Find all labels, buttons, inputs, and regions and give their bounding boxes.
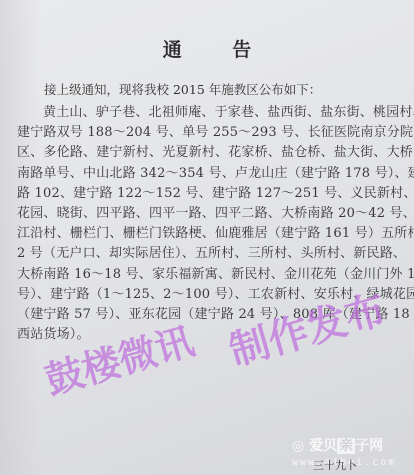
text-line: 号）、建宁路（1～125、2～100 号）、工农新村、安乐村、绿城花园 <box>17 285 402 305</box>
text-line: 建宁路双号 188～204 号、单号 255～293 号、长征医院南京分院家属 <box>17 123 402 143</box>
page-number: 三十九卜 <box>313 457 357 473</box>
text-line: 江沿村、栅栏门、栅栏门铁路梗、仙鹿雅居（建宁路 161 号）五所村 <box>17 224 402 244</box>
text-line: 大桥南路 16～18 号、家乐福新寓、新民村、金川花苑（金川门外 18 <box>17 265 402 285</box>
text-line: 2 号（无户口、却实际居住）、五所村、三所村、头所村、新民路、 <box>17 244 402 264</box>
text-line: 黄土山、驴子巷、北祖师庵、于家巷、盐西街、盐东街、桃园村、 <box>17 103 402 123</box>
notice-document: 通 告 接上级通知，现将我校 2015 年施教区公布如下： 黄土山、驴子巷、北祖… <box>0 0 414 475</box>
document-title: 通 告 <box>0 35 414 62</box>
text-line: 区、多伦路、建宁新村、光夏新村、花家桥、盐仓桥、盐大街、大桥 <box>17 143 402 163</box>
logo-swirl-icon: ◎ <box>292 438 309 454</box>
district-list: 黄土山、驴子巷、北祖师庵、于家巷、盐西街、盐东街、桃园村、 建宁路双号 188～… <box>17 103 402 345</box>
text-line: （建宁路 57 号）、亚东花园（建宁路 24 号）、808 库（建宁路 18 号 <box>17 305 402 325</box>
text-line: 路 102、建宁路 122～152 号、建宁路 127～251 号、义民新村、滨… <box>17 184 402 204</box>
site-logo: ◎ 爱贝亲子网 <box>292 435 383 455</box>
text-line: 南路单号、中山北路 342～354 号、卢龙山庄（建宁路 178 号）、建宁 <box>17 164 402 184</box>
text-line: 西站货场）。 <box>17 325 402 345</box>
text-line: 花园、晓街、四平路、四平一路、四平二路、大桥南路 20～42 号、 <box>17 204 402 224</box>
intro-paragraph: 接上级通知，现将我校 2015 年施教区公布如下： <box>44 80 321 98</box>
